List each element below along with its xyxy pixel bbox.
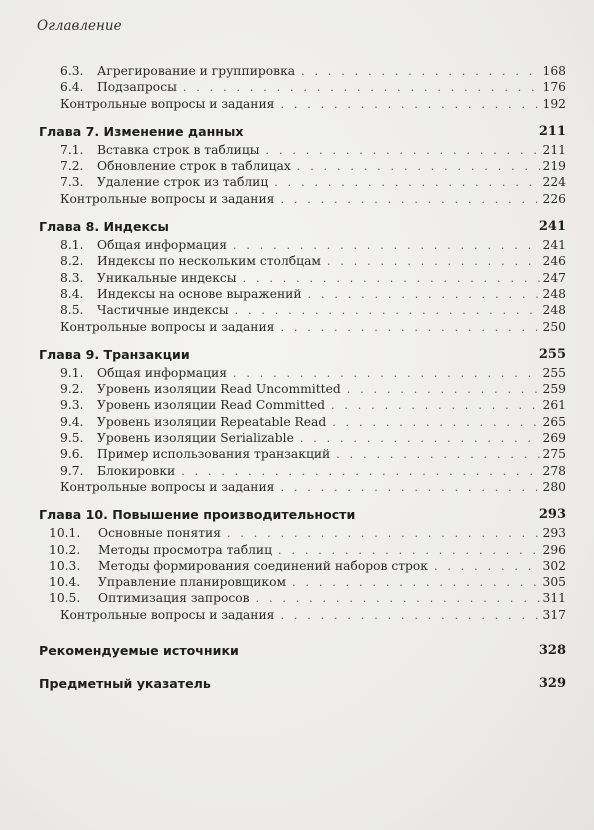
entry-title: Контрольные вопросы и задания (60, 479, 274, 495)
entry-number: 10.4. (49, 574, 98, 590)
entry-page: 246 (543, 253, 566, 269)
entry-number: 8.1. (60, 237, 97, 253)
chapter-heading[interactable]: Глава 9. Транзакции 255 (39, 347, 574, 363)
dot-leader (256, 591, 541, 607)
toc-entry[interactable]: 9.6. Пример использования транзакций 275 (39, 446, 574, 462)
toc-entry-review-questions[interactable]: Контрольные вопросы и задания 226 (39, 191, 574, 207)
entry-title: Управление планировщиком (98, 574, 286, 590)
entry-page: 248 (543, 286, 566, 302)
chapter-title: Предметный указатель (39, 676, 211, 691)
entry-page: 311 (543, 590, 566, 606)
entry-number: 9.3. (60, 397, 97, 413)
dot-leader (183, 80, 541, 96)
entry-number: 8.3. (60, 270, 97, 286)
dot-leader (300, 431, 541, 447)
entry-number: 7.3. (60, 174, 97, 190)
chapter-title: Глава 10. Повышение производительности (39, 507, 355, 522)
entry-title: Обновление строк в таблицах (97, 158, 291, 174)
entry-page: 305 (543, 574, 566, 590)
entry-number: 9.4. (60, 414, 97, 430)
entry-page: 317 (543, 607, 566, 623)
toc-back-matter-references: Рекомендуемые источники 328 (39, 643, 574, 659)
toc-entry[interactable]: 8.3. Уникальные индексы 247 (39, 270, 574, 286)
entry-page: 211 (543, 142, 566, 158)
entry-number: 9.7. (60, 463, 97, 479)
entry-title: Блокировки (97, 463, 175, 479)
chapter-title: Глава 8. Индексы (39, 219, 169, 234)
dot-leader (266, 143, 541, 159)
toc-entry[interactable]: 8.5. Частичные индексы 248 (39, 302, 574, 318)
entry-number: 6.4. (60, 79, 97, 95)
toc-entry[interactable]: 9.4. Уровень изоляции Repeatable Read 26… (39, 414, 574, 430)
toc-entry[interactable]: 6.3. Агрегирование и группировка 168 (39, 63, 574, 79)
entry-page: 259 (543, 381, 566, 397)
entry-page: 250 (543, 319, 566, 335)
toc-entry[interactable]: 9.3. Уровень изоляции Read Committed 261 (39, 397, 574, 413)
toc-entry-review-questions[interactable]: Контрольные вопросы и задания 192 (39, 96, 574, 112)
entry-title: Агрегирование и группировка (97, 63, 295, 79)
entry-title: Индексы по нескольким столбцам (97, 253, 321, 269)
table-of-contents: 6.3. Агрегирование и группировка 168 6.4… (39, 63, 574, 704)
toc-entry[interactable]: 8.4. Индексы на основе выражений 248 (39, 286, 574, 302)
toc-entry-review-questions[interactable]: Контрольные вопросы и задания 250 (39, 319, 574, 335)
entry-number: 6.3. (60, 63, 97, 79)
entry-title: Контрольные вопросы и задания (60, 191, 274, 207)
entry-page: 265 (543, 414, 566, 430)
entry-title: Уровень изоляции Serializable (97, 430, 294, 446)
entry-number: 9.6. (60, 446, 97, 462)
dot-leader (233, 238, 541, 254)
toc-entry[interactable]: 10.3. Методы формирования соединений наб… (39, 558, 574, 574)
dot-leader (280, 320, 540, 336)
entry-title: Вставка строк в таблицы (97, 142, 260, 158)
entry-title: Частичные индексы (97, 302, 229, 318)
toc-section-ch9: Глава 9. Транзакции 255 9.1. Общая инфор… (39, 347, 574, 495)
entry-title: Удаление строк из таблиц (97, 174, 268, 190)
entry-number: 7.2. (60, 158, 97, 174)
entry-number: 10.1. (49, 525, 98, 541)
entry-page: 248 (543, 302, 566, 318)
dot-leader (233, 366, 541, 382)
toc-entry[interactable]: 6.4. Подзапросы 176 (39, 79, 574, 95)
dot-leader (280, 192, 540, 208)
entry-title: Уровень изоляции Read Uncommitted (97, 381, 341, 397)
entry-page: 192 (543, 96, 566, 112)
dot-leader (227, 526, 541, 542)
toc-section-ch10: Глава 10. Повышение производительности 2… (39, 507, 574, 623)
entry-page: 176 (543, 79, 566, 95)
chapter-heading[interactable]: Предметный указатель 329 (39, 676, 574, 692)
chapter-heading[interactable]: Глава 7. Изменение данных 211 (39, 124, 574, 140)
toc-entry[interactable]: 7.1. Вставка строк в таблицы 211 (39, 142, 574, 158)
entry-title: Контрольные вопросы и задания (60, 319, 274, 335)
entry-title: Пример использования транзакций (97, 446, 330, 462)
entry-page: 224 (543, 174, 566, 190)
dot-leader (280, 480, 540, 496)
chapter-page: 328 (539, 643, 566, 659)
toc-section-ch6-cont: 6.3. Агрегирование и группировка 168 6.4… (39, 63, 574, 112)
dot-leader (235, 303, 541, 319)
dot-leader (278, 543, 540, 559)
entry-page: 226 (543, 191, 566, 207)
chapter-page: 329 (539, 676, 566, 692)
entry-title: Контрольные вопросы и задания (60, 607, 274, 623)
entry-number: 10.5. (49, 590, 98, 606)
dot-leader (347, 382, 541, 398)
chapter-heading[interactable]: Глава 8. Индексы 241 (39, 219, 574, 235)
entry-title: Методы просмотра таблиц (98, 542, 272, 558)
dot-leader (331, 398, 541, 414)
toc-entry[interactable]: 7.3. Удаление строк из таблиц 224 (39, 174, 574, 190)
entry-title: Общая информация (97, 237, 227, 253)
entry-number: 8.5. (60, 302, 97, 318)
entry-page: 261 (543, 397, 566, 413)
toc-entry-review-questions[interactable]: Контрольные вопросы и задания 317 (39, 607, 574, 623)
chapter-page: 255 (539, 347, 566, 363)
dot-leader (308, 287, 541, 303)
entry-number: 8.4. (60, 286, 97, 302)
entry-page: 275 (543, 446, 566, 462)
entry-title: Общая информация (97, 365, 227, 381)
entry-page: 269 (543, 430, 566, 446)
entry-title: Уровень изоляции Repeatable Read (97, 414, 326, 430)
entry-number: 10.3. (49, 558, 98, 574)
dot-leader (336, 447, 540, 463)
toc-entry-review-questions[interactable]: Контрольные вопросы и задания 280 (39, 479, 574, 495)
toc-back-matter-index: Предметный указатель 329 (39, 676, 574, 692)
entry-page: 293 (543, 525, 566, 541)
entry-title: Подзапросы (97, 79, 177, 95)
toc-entry[interactable]: 9.2. Уровень изоляции Read Uncommitted 2… (39, 381, 574, 397)
dot-leader (181, 464, 540, 480)
entry-number: 8.2. (60, 253, 97, 269)
dot-leader (434, 559, 541, 575)
dot-leader (243, 271, 541, 287)
toc-entry[interactable]: 10.2. Методы просмотра таблиц 296 (39, 542, 574, 558)
entry-page: 219 (543, 158, 566, 174)
chapter-page: 241 (539, 219, 566, 235)
dot-leader (280, 97, 540, 113)
dot-leader (297, 159, 541, 175)
chapter-heading[interactable]: Глава 10. Повышение производительности 2… (39, 507, 574, 523)
toc-entry[interactable]: 7.2. Обновление строк в таблицах 219 (39, 158, 574, 174)
entry-page: 302 (543, 558, 566, 574)
entry-title: Оптимизация запросов (98, 590, 250, 606)
entry-number: 9.2. (60, 381, 97, 397)
entry-number: 9.5. (60, 430, 97, 446)
chapter-title: Глава 7. Изменение данных (39, 124, 244, 139)
dot-leader (301, 64, 540, 80)
entry-page: 168 (543, 63, 566, 79)
entry-title: Основные понятия (98, 525, 221, 541)
chapter-title: Рекомендуемые источники (39, 643, 239, 658)
chapter-title: Глава 9. Транзакции (39, 347, 190, 362)
toc-entry[interactable]: 9.5. Уровень изоляции Serializable 269 (39, 430, 574, 446)
entry-title: Индексы на основе выражений (97, 286, 302, 302)
entry-page: 280 (543, 479, 566, 495)
entry-page: 247 (543, 270, 566, 286)
book-page: Оглавление 6.3. Агрегирование и группиро… (0, 0, 594, 830)
toc-entry[interactable]: 8.1. Общая информация 241 (39, 237, 574, 253)
dot-leader (332, 415, 540, 431)
entry-number: 9.1. (60, 365, 97, 381)
toc-section-ch7: Глава 7. Изменение данных 211 7.1. Встав… (39, 124, 574, 207)
entry-page: 296 (543, 542, 566, 558)
entry-number: 10.2. (49, 542, 98, 558)
dot-leader (280, 608, 540, 624)
toc-entry[interactable]: 10.5. Оптимизация запросов 311 (39, 590, 574, 606)
dot-leader (292, 575, 540, 591)
entry-title: Уникальные индексы (97, 270, 237, 286)
toc-section-ch8: Глава 8. Индексы 241 8.1. Общая информац… (39, 219, 574, 335)
entry-page: 255 (543, 365, 566, 381)
toc-entry[interactable]: 8.2. Индексы по нескольким столбцам 246 (39, 253, 574, 269)
toc-entry[interactable]: 9.7. Блокировки 278 (39, 463, 574, 479)
entry-title: Контрольные вопросы и задания (60, 96, 274, 112)
toc-entry[interactable]: 10.1. Основные понятия 293 (39, 525, 574, 541)
chapter-page: 211 (539, 124, 566, 140)
dot-leader (274, 175, 540, 191)
entry-page: 278 (543, 463, 566, 479)
chapter-heading[interactable]: Рекомендуемые источники 328 (39, 643, 574, 659)
entry-number: 7.1. (60, 142, 97, 158)
chapter-page: 293 (539, 507, 566, 523)
running-head: Оглавление (37, 18, 122, 34)
entry-title: Методы формирования соединений наборов с… (98, 558, 428, 574)
toc-entry[interactable]: 10.4. Управление планировщиком 305 (39, 574, 574, 590)
toc-entry[interactable]: 9.1. Общая информация 255 (39, 365, 574, 381)
entry-title: Уровень изоляции Read Committed (97, 397, 325, 413)
entry-page: 241 (543, 237, 566, 253)
dot-leader (327, 254, 541, 270)
